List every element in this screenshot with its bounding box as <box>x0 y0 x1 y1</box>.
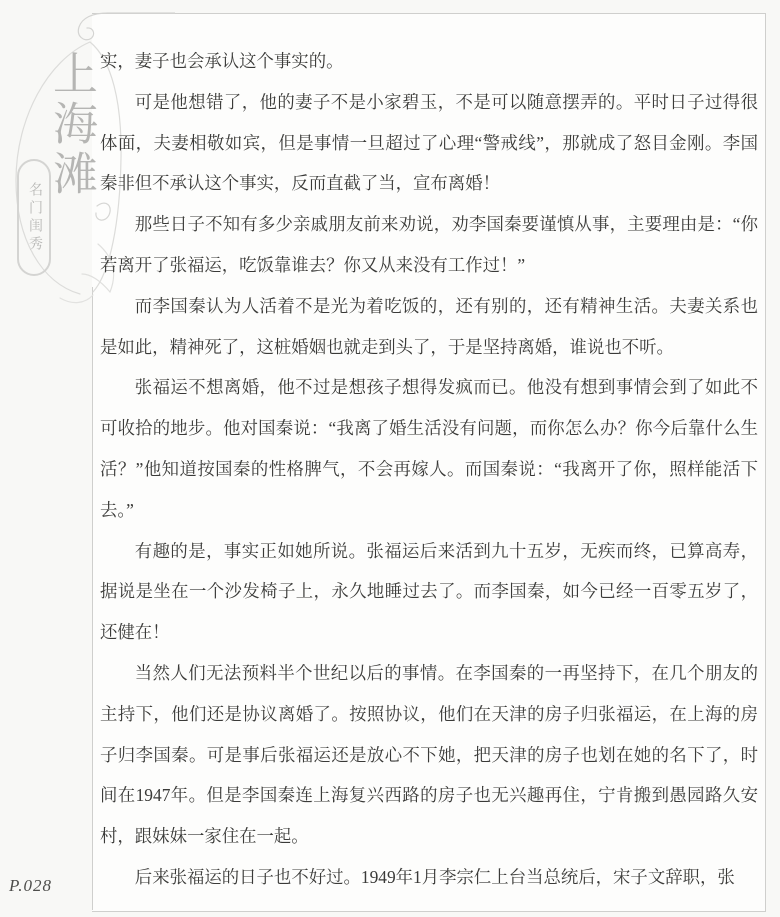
body-paragraph: 后来张福运的日子也不好过。1949年1月李宗仁上台当总统后，宋子文辞职，张 <box>100 857 758 898</box>
body-paragraph: 当然人们无法预料半个世纪以后的事情。在李国秦的一再坚持下，在几个朋友的主持下，他… <box>100 653 758 857</box>
series-title-vertical: 上海滩 <box>48 50 93 200</box>
category-badge-label: 名门闺秀 <box>27 182 41 254</box>
body-paragraph: 实，妻子也会承认这个事实的。 <box>100 41 758 82</box>
category-badge: 名门闺秀 <box>17 159 51 276</box>
body-paragraph: 可是他想错了，他的妻子不是小家碧玉，不是可以随意摆弄的。平时日子过得很体面，夫妻… <box>100 82 758 204</box>
margin-vertical-rule <box>92 287 93 910</box>
body-paragraph: 张福运不想离婚，他不过是想孩子想得发疯而已。他没有想到事情会到了如此不可收拾的地… <box>100 367 758 530</box>
book-page: 上海滩 名门闺秀 P.028 实，妻子也会承认这个事实的。 可是他想错了，他的妻… <box>0 0 780 917</box>
body-paragraph: 有趣的是，事实正如她所说。张福运后来活到九十五岁，无疾而终，已算高寿，据说是坐在… <box>100 531 758 653</box>
body-paragraph: 那些日子不知有多少亲戚朋友前来劝说，劝李国秦要谨慎从事，主要理由是：“你若离开了… <box>100 204 758 286</box>
page-body-text: 实，妻子也会承认这个事实的。 可是他想错了，他的妻子不是小家碧玉，不是可以随意摆… <box>100 41 758 898</box>
body-paragraph: 而李国秦认为人活着不是光为着吃饭的，还有别的，还有精神生活。夫妻关系也是如此，精… <box>100 286 758 368</box>
page-number: P.028 <box>9 876 52 896</box>
